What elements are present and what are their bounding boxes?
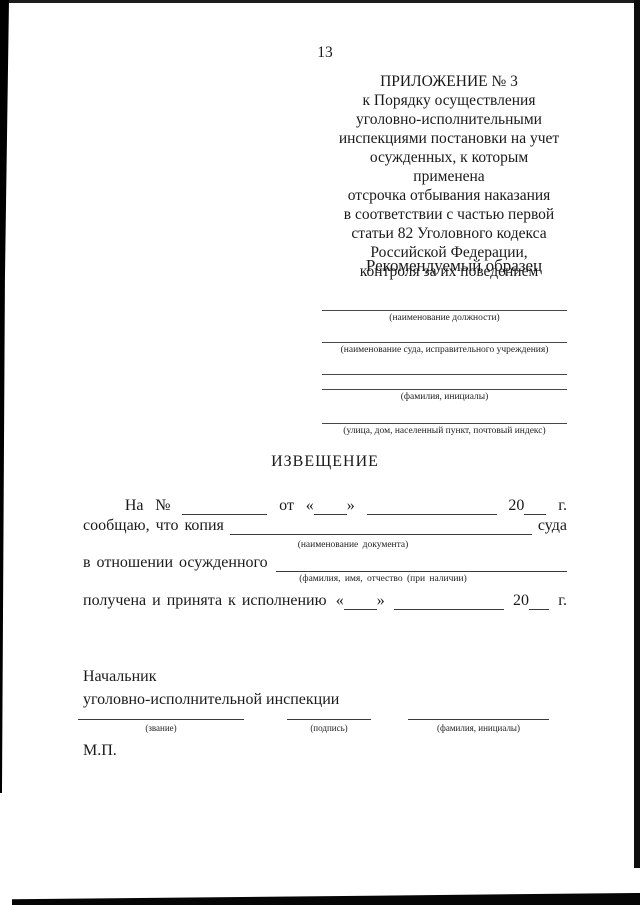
year-group: 20: [508, 497, 546, 515]
scan-edge-top: [0, 0, 640, 3]
convict-name-caption: (фамилия, имя, отчество (при наличии): [273, 574, 493, 584]
accepted-day-blank: [344, 595, 377, 610]
recipient-position-line: [322, 310, 567, 311]
recipient-address-line: [322, 423, 567, 424]
notice-title: ИЗВЕЩЕНИЕ: [83, 453, 567, 471]
recipient-court-caption: (наименование суда, исправительного учре…: [308, 345, 581, 355]
scan-edge-left: [0, 0, 9, 793]
label-number-sign: №: [155, 497, 170, 515]
scan-edge-right: [634, 0, 640, 868]
recipient-block: (наименование должности) (наименование с…: [322, 302, 567, 442]
day-blank: [314, 500, 347, 515]
reference-number-blank: [182, 500, 267, 515]
recipient-position-caption: (наименование должности): [308, 313, 581, 323]
signatory-position-line-1: Начальник: [83, 668, 156, 686]
label-from: от: [279, 497, 294, 515]
recipient-name-line-1: [322, 374, 567, 375]
name-caption: (фамилия, инициалы): [378, 723, 579, 733]
appendix-header-line: отсрочка отбывания наказания: [333, 186, 565, 205]
rank-line: [78, 719, 244, 720]
convict-prefix: в отношении осужденного: [83, 554, 268, 572]
scan-edge-bottom: [12, 893, 640, 905]
recipient-name-line-2: [322, 389, 567, 390]
page-number: 13: [83, 44, 567, 62]
appendix-header-line: осужденных, к которым применена: [333, 148, 565, 186]
recipient-address-caption: (улица, дом, населенный пункт, почтовый …: [308, 426, 581, 436]
accepted-month-blank: [394, 595, 504, 610]
close-quote: »: [347, 497, 355, 515]
document-name-caption: (наименование документа): [253, 540, 453, 550]
year-prefix: 20: [513, 592, 529, 610]
label-on: На: [125, 497, 144, 515]
signature-field-rank: (звание): [78, 706, 244, 720]
signature-field-name: (фамилия, инициалы): [408, 706, 549, 720]
sample-label: Рекомендуемый образец: [338, 256, 570, 276]
month-blank: [367, 500, 497, 515]
notice-line-accepted: получена и принята к исполнению « » 20 г…: [83, 592, 567, 610]
appendix-header-line: ПРИЛОЖЕНИЕ № 3: [333, 72, 565, 91]
signature-fields: (звание) (подпись) (фамилия, инициалы): [0, 706, 640, 720]
year-prefix: 20: [508, 497, 524, 515]
document-name-blank: [230, 520, 532, 535]
signature-line: [287, 719, 371, 720]
accepted-day-quote-group: « »: [336, 592, 385, 610]
notice-line-reference: На № от « » 20 г.: [83, 497, 567, 515]
year-blank: [524, 500, 546, 515]
document-suffix: суда: [538, 517, 567, 535]
appendix-header-line: к Порядку осуществления: [333, 91, 565, 110]
stamp-place-label: М.П.: [83, 742, 117, 760]
scanned-document-page: { "page": { "number": "13" }, "appendix_…: [0, 0, 640, 905]
day-quote-group: « »: [306, 497, 355, 515]
appendix-header-line: уголовно-исполнительными: [333, 110, 565, 129]
close-quote: »: [377, 592, 385, 610]
appendix-header-line: статьи 82 Уголовного кодекса: [333, 224, 565, 243]
year-suffix: г.: [558, 592, 567, 610]
recipient-court-line: [322, 342, 567, 343]
notice-line-convict: в отношении осужденного (фамилия, имя, о…: [83, 554, 567, 572]
accepted-year-group: 20: [513, 592, 549, 610]
appendix-header: ПРИЛОЖЕНИЕ № 3 к Порядку осуществления у…: [333, 72, 565, 281]
name-line: [408, 719, 549, 720]
document-prefix: сообщаю, что копия: [83, 517, 224, 535]
signature-field-signature: (подпись): [287, 706, 371, 720]
notice-line-document: сообщаю, что копия суда (наименование до…: [83, 517, 567, 535]
rank-caption: (звание): [48, 723, 274, 733]
open-quote: «: [306, 497, 314, 515]
convict-name-blank: [276, 557, 567, 572]
recipient-name-caption: (фамилия, инициалы): [308, 392, 581, 402]
accepted-year-blank: [529, 595, 549, 610]
appendix-header-line: инспекциями постановки на учет: [333, 129, 565, 148]
year-suffix: г.: [558, 497, 567, 515]
appendix-header-line: в соответствии с частью первой: [333, 205, 565, 224]
accepted-prefix: получена и принята к исполнению: [83, 592, 327, 610]
open-quote: «: [336, 592, 344, 610]
